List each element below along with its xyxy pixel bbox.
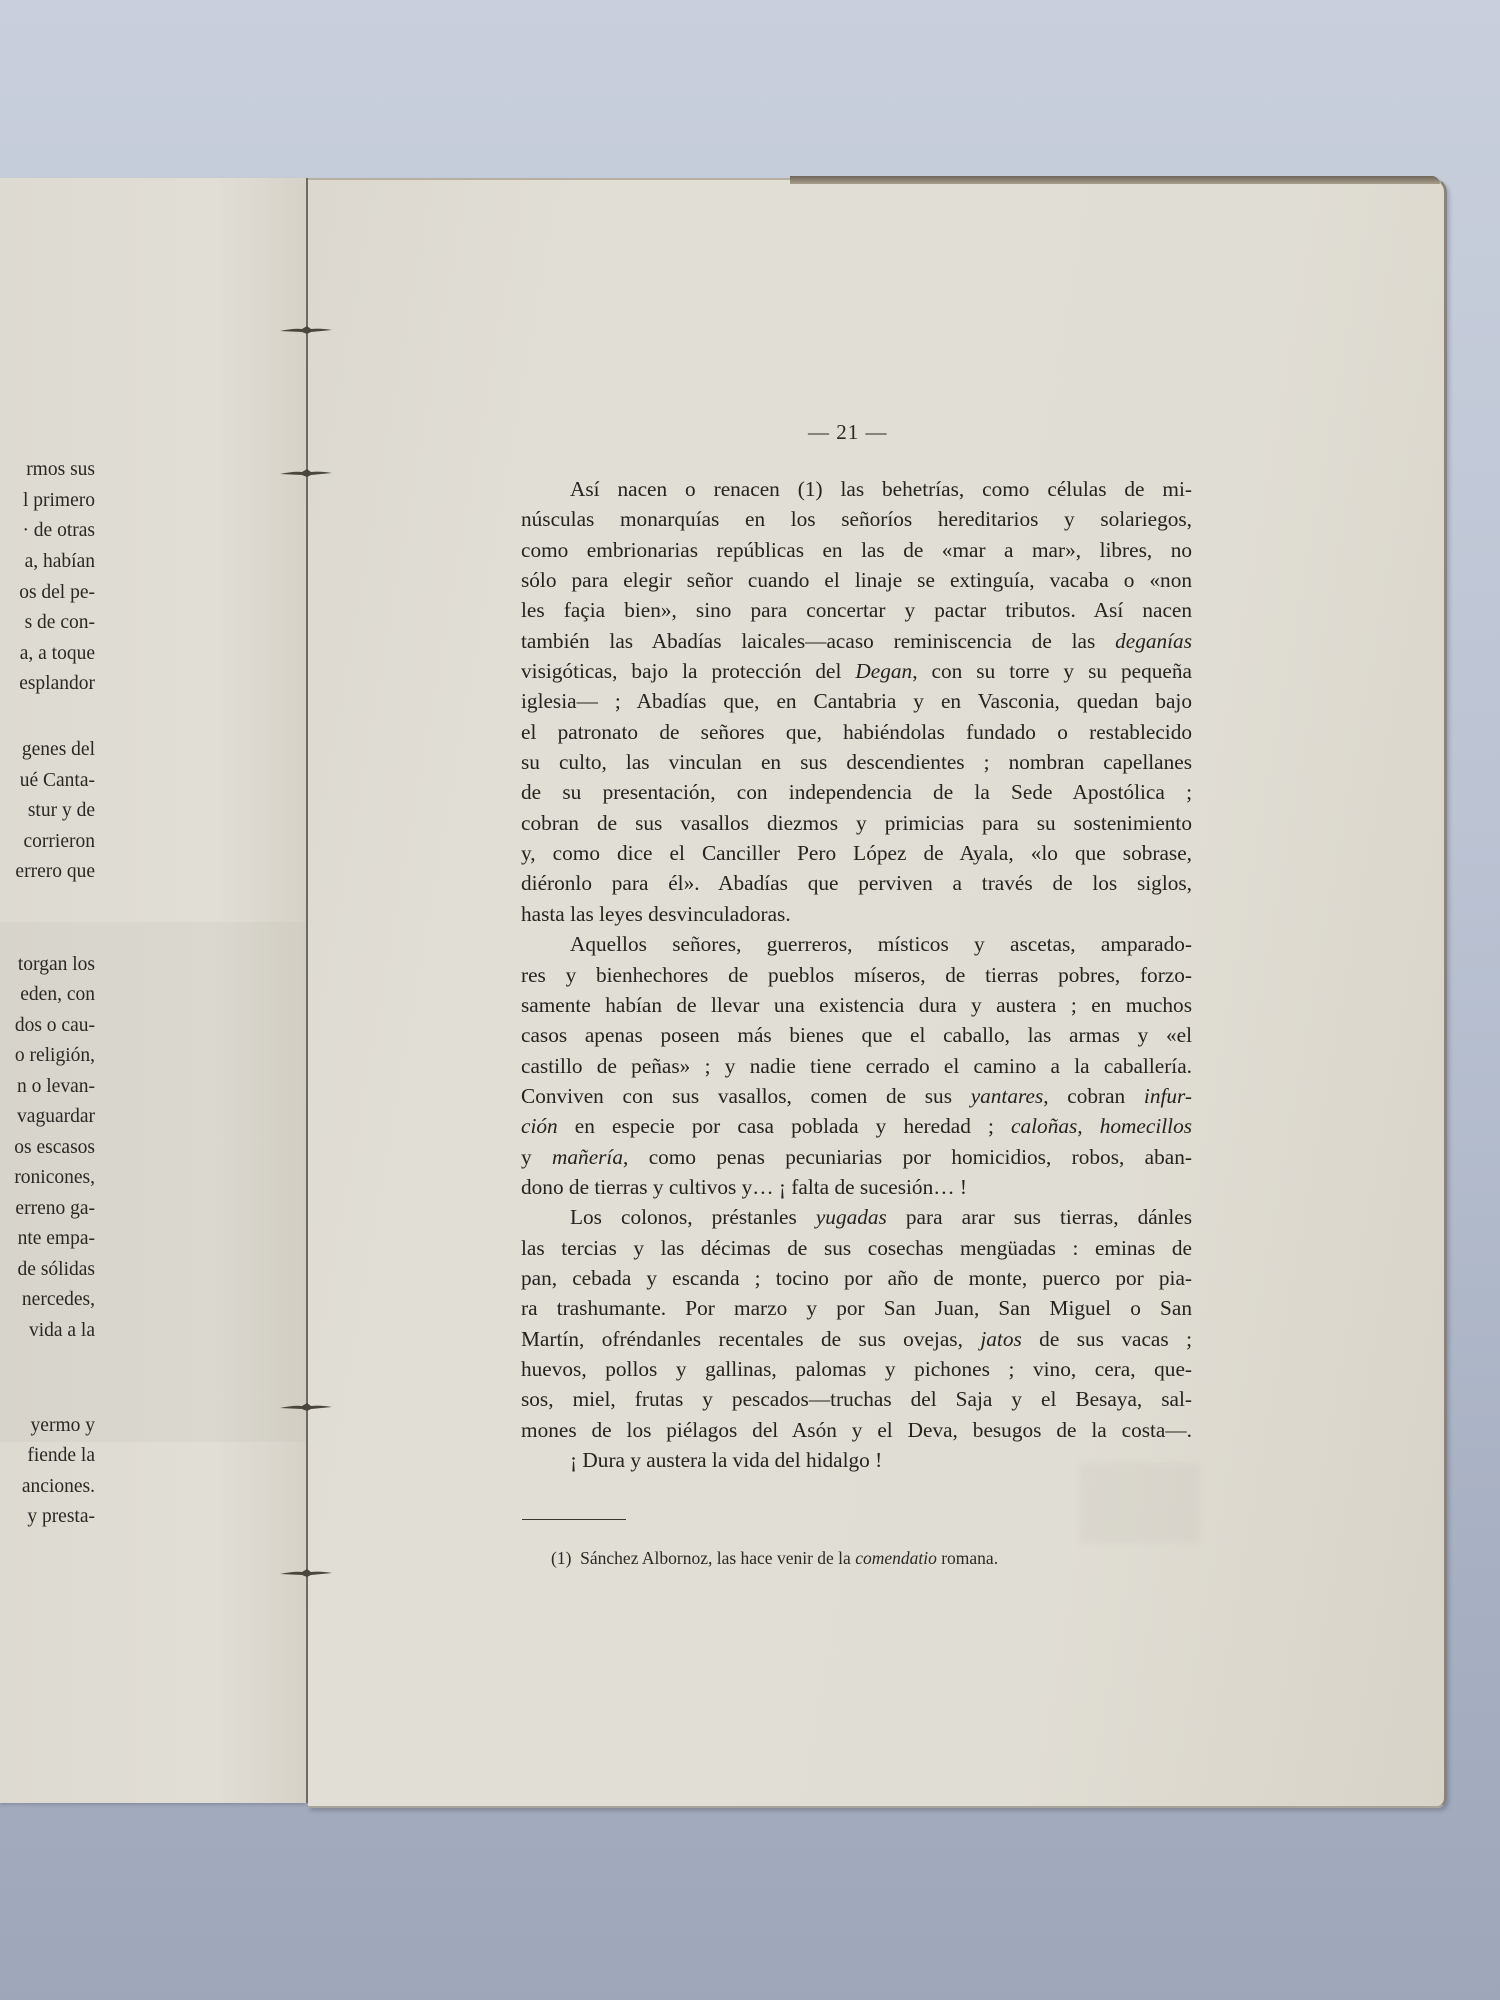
text-run: , cobran [1043,1084,1144,1108]
text-run: Aquellos señores, guerreros, místicos y … [570,932,1192,956]
text-run: pan, cebada y escanda ; tocino por año d… [521,1266,1192,1290]
paragraph-1-line: como embrionarias repúblicas en las de «… [521,535,1192,565]
text-run: Martín, ofréndanles recentales de sus ov… [521,1327,980,1351]
left-page-line-fragment: rmos sus [0,460,95,480]
text-run: romana. [937,1548,998,1568]
paragraph-3-line: huevos, pollos y gallinas, palomas y pic… [521,1354,1192,1384]
paragraph-1-line: sólo para elegir señor cuando el linaje … [521,565,1192,595]
paragraph-3-line: sos, miel, frutas y pescados—truchas del… [521,1384,1192,1414]
text-run: , con su torre y su pequeña [912,659,1192,683]
paragraph-1-line: también las Abadías laicales—acaso remin… [521,626,1192,656]
left-page-line-fragment: a, habían [0,552,95,572]
paragraph-1-line: diéronlo para él». Abadías que perviven … [521,868,1192,898]
paragraph-1-line: visigóticas, bajo la protección del Dega… [521,656,1192,686]
left-page-line-fragment: o religión, [0,1046,95,1066]
text-run: ¡ Dura y austera la vida del hidalgo ! [570,1448,882,1472]
text-run: visigóticas, bajo la protección del [521,659,855,683]
text-run: su culto, las vinculan en sus descendien… [521,750,1192,774]
footnote-text: Sánchez Albornoz, las hace venir de la c… [580,1548,998,1568]
left-page-line-fragment: erreno ga- [0,1199,95,1219]
paragraph-3-line: las tercias y las décimas de sus cosecha… [521,1233,1192,1263]
left-page-line-fragment: errero que [0,862,95,882]
page-number: — 21 — [808,420,888,445]
text-run: mones de los piélagos del Asón y el Deva… [521,1418,1192,1442]
italic-term: yantares [971,1084,1044,1108]
text-run: huevos, pollos y gallinas, palomas y pic… [521,1357,1192,1381]
left-page-line-fragment: genes del [0,740,95,760]
paragraph-2-line: ción en especie por casa poblada y hered… [521,1111,1192,1141]
italic-term: infur- [1144,1084,1192,1108]
paragraph-3-line: Martín, ofréndanles recentales de sus ov… [521,1324,1192,1354]
left-page-line-fragment: eden, con [0,985,95,1005]
binding-stitch-icon [280,1402,332,1412]
text-run: Así nacen o renacen (1) las behetrías, c… [570,477,1192,501]
text-run: las tercias y las décimas de sus cosecha… [521,1236,1192,1260]
paragraph-1-line: de su presentación, con independencia de… [521,777,1192,807]
paragraph-2-line: Conviven con sus vasallos, comen de sus … [521,1081,1192,1111]
text-run: sólo para elegir señor cuando el linaje … [521,568,1192,592]
text-run: y [521,1145,552,1169]
left-page-line-fragment: de sólidas [0,1260,95,1280]
left-page-line-fragment: · de otras [0,521,95,541]
paragraph-2-line: samente habían de llevar una existencia … [521,990,1192,1020]
text-run: dono de tierras y cultivos y… ¡ falta de… [521,1175,967,1199]
italic-term: ción [521,1114,558,1138]
left-page-line-fragment: corrieron [0,832,95,852]
left-page-line-fragment: vida a la [0,1321,95,1341]
page-top-edge [790,176,1440,184]
left-page-line-fragment: ronicones, [0,1168,95,1188]
text-run: hasta las leyes desvinculadoras. [521,902,791,926]
text-run: samente habían de llevar una existencia … [521,993,1192,1017]
left-page-line-fragment: y presta- [0,1507,95,1527]
italic-term: comendatio [855,1548,937,1568]
italic-term: Degan [855,659,912,683]
text-run: res y bienhechores de pueblos míseros, d… [521,963,1192,987]
paragraph-1-line: Así nacen o renacen (1) las behetrías, c… [521,474,1192,504]
paragraph-1-line: cobran de sus vasallos diezmos y primici… [521,808,1192,838]
left-page-line-fragment: nercedes, [0,1290,95,1310]
text-run: , como penas pecuniarias por homicidios,… [623,1145,1192,1169]
paragraph-3-line: ra trashumante. Por marzo y por San Juan… [521,1293,1192,1323]
text-run: iglesia— ; Abadías que, en Cantabria y e… [521,689,1192,713]
paragraph-1-line: el patronato de señores que, habiéndolas… [521,717,1192,747]
text-run: de sus vacas ; [1022,1327,1192,1351]
paragraph-3-line: Los colonos, préstanles yugadas para ara… [521,1202,1192,1232]
paragraph-3-line: pan, cebada y escanda ; tocino por año d… [521,1263,1192,1293]
body-text: Así nacen o renacen (1) las behetrías, c… [521,474,1192,1475]
italic-term: jatos [980,1327,1021,1351]
text-run: el patronato de señores que, habiéndolas… [521,720,1192,744]
paragraph-1-line: iglesia— ; Abadías que, en Cantabria y e… [521,686,1192,716]
left-page-line-fragment: yermo y [0,1416,95,1436]
left-page-line-fragment: os escasos [0,1138,95,1158]
text-run: cobran de sus vasallos diezmos y primici… [521,811,1192,835]
text-run: para arar sus tierras, dánles [887,1205,1192,1229]
left-page-line-fragment: dos o cau- [0,1016,95,1036]
show-through-shadow [1080,1463,1200,1543]
text-run: también las Abadías laicales—acaso remin… [521,629,1115,653]
text-run: Los colonos, préstanles [570,1205,816,1229]
text-run: casos apenas poseen más bienes que el ca… [521,1023,1192,1047]
paragraph-1-line: hasta las leyes desvinculadoras. [521,899,1192,929]
left-page-line-fragment: vaguardar [0,1107,95,1127]
paragraph-2-line: res y bienhechores de pueblos míseros, d… [521,960,1192,990]
left-page-line-fragment: s de con- [0,613,95,633]
footnote-rule [522,1519,626,1520]
paragraph-1-line: núsculas monarquías en los señoríos here… [521,504,1192,534]
left-page-line-fragment: l primero [0,491,95,511]
paragraph-1-line: les façia bien», sino para concertar y p… [521,595,1192,625]
left-page-line-fragment: a, a toque [0,644,95,664]
italic-term: caloñas, homecillos [1011,1114,1192,1138]
paragraph-2-line: y mañería, como penas pecuniarias por ho… [521,1142,1192,1172]
left-page-line-fragment: anciones. [0,1477,95,1497]
text-run: diéronlo para él». Abadías que perviven … [521,871,1192,895]
left-page-line-fragment: stur y de [0,801,95,821]
footnote-marker: (1) [551,1548,571,1568]
left-page-line-fragment: n o levan- [0,1077,95,1097]
text-run: ra trashumante. Por marzo y por San Juan… [521,1296,1192,1320]
paragraph-3-line: mones de los piélagos del Asón y el Deva… [521,1415,1192,1445]
footnote: (1) Sánchez Albornoz, las hace venir de … [551,1548,998,1569]
left-page-line-fragment: esplandor [0,674,95,694]
binding-stitch-icon [280,468,332,478]
text-run: les façia bien», sino para concertar y p… [521,598,1192,622]
binding-stitch-icon [280,325,332,335]
italic-term: deganías [1115,629,1192,653]
left-page-line-fragment: fiende la [0,1446,95,1466]
left-page-line-fragment: nte empa- [0,1229,95,1249]
text-run: en especie por casa poblada y heredad ; [558,1114,1011,1138]
binding-stitch-icon [280,1568,332,1578]
left-page: rmos susl primero· de otrasa, habíanos d… [0,178,306,1803]
italic-term: yugadas [816,1205,887,1229]
text-run: sos, miel, frutas y pescados—truchas del… [521,1387,1192,1411]
text-run: como embrionarias repúblicas en las de «… [521,538,1192,562]
paragraph-1-line: su culto, las vinculan en sus descendien… [521,747,1192,777]
text-run: de su presentación, con independencia de… [521,780,1192,804]
italic-term: mañería [552,1145,623,1169]
text-run: castillo de peñas» ; y nadie tiene cerra… [521,1054,1192,1078]
paragraph-2-line: casos apenas poseen más bienes que el ca… [521,1020,1192,1050]
paragraph-2-line: Aquellos señores, guerreros, místicos y … [521,929,1192,959]
left-page-line-fragment: ué Canta- [0,771,95,791]
book-gutter [306,178,308,1803]
text-run: y, como dice el Canciller Pero López de … [521,841,1192,865]
text-run: Sánchez Albornoz, las hace venir de la [580,1548,855,1568]
paragraph-2-line: castillo de peñas» ; y nadie tiene cerra… [521,1051,1192,1081]
paragraph-1-line: y, como dice el Canciller Pero López de … [521,838,1192,868]
left-page-line-fragment: torgan los [0,955,95,975]
left-page-line-fragment: os del pe- [0,583,95,603]
paragraph-2-line: dono de tierras y cultivos y… ¡ falta de… [521,1172,1192,1202]
text-run: núsculas monarquías en los señoríos here… [521,507,1192,531]
text-run: Conviven con sus vasallos, comen de sus [521,1084,971,1108]
